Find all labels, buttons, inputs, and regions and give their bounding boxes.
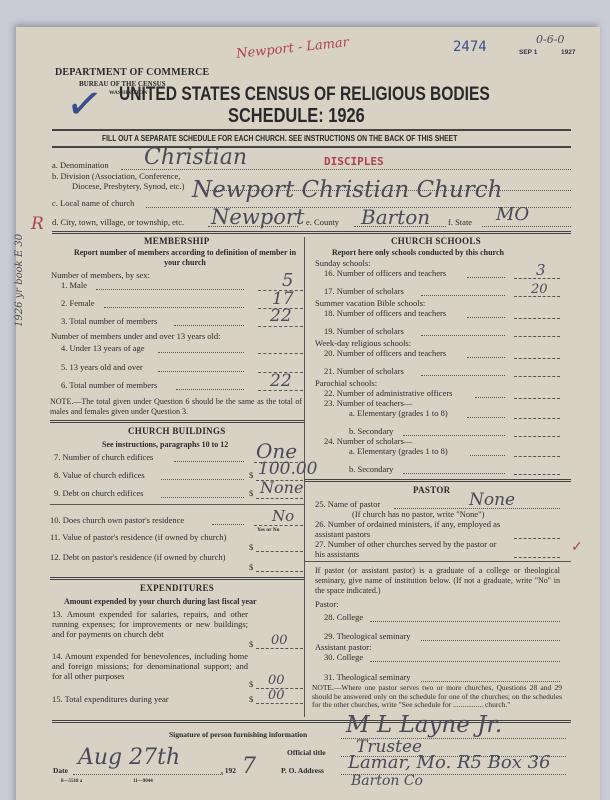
q8-label: 8. Value of church edifices (54, 470, 145, 480)
divider (50, 504, 304, 505)
assistant-subhead: Assistant pastor: (315, 642, 371, 652)
q4-label: 4. Under 13 years of age (61, 343, 145, 353)
city-value[interactable]: Newport (211, 205, 304, 229)
q23a-label: a. Elementary (grades 1 to 8) (349, 408, 448, 418)
q3-answer-line (258, 326, 303, 327)
margin-r-annotation: R (31, 214, 44, 234)
q12-dollar: $ (249, 562, 253, 572)
membership-subtitle: Report number of members according to de… (70, 248, 300, 268)
division-label: b. Division (Association, Conference, (52, 171, 180, 181)
q24a-answer-line (514, 456, 560, 457)
q24a-label: a. Elementary (grades 1 to 8) (349, 446, 448, 456)
q17-label: 17. Number of scholars (324, 286, 404, 296)
red-checkmark-icon: ✓ (571, 539, 583, 556)
signature-value[interactable]: M L Layne Jr. (346, 712, 502, 738)
q6-label: 6. Total number of members (61, 380, 157, 390)
parochial-schools-label: Parochial schools: (315, 378, 377, 388)
q19-label: 19. Number of scholars (324, 326, 404, 336)
pastor-heading: PASTOR (413, 485, 450, 495)
q17-value[interactable]: 20 (531, 282, 548, 297)
q1-label: 1. Male (61, 280, 87, 290)
q1-dots (96, 289, 244, 290)
q8-dots (161, 479, 244, 480)
q14-dollar: $ (249, 679, 253, 689)
q13-dollar: $ (249, 639, 253, 649)
q5-label: 5. 13 years old and over (61, 362, 143, 372)
members-by-sex-label: Number of members, by sex: (51, 270, 150, 280)
sunday-schools-label: Sunday schools: (315, 258, 371, 268)
q31-dots (421, 681, 560, 682)
q19-answer-line (514, 336, 560, 337)
q16-value[interactable]: 3 (536, 261, 546, 279)
expenditures-subtitle: Amount expended by your church during la… (64, 597, 257, 606)
denomination-stamp: DISCIPLES (324, 155, 384, 168)
denomination-label: a. Denomination (52, 160, 109, 170)
q23a-answer-line (514, 418, 560, 419)
divider (52, 231, 571, 234)
q10-label: 10. Does church own pastor's residence (50, 515, 184, 525)
year-value[interactable]: 7 (242, 754, 256, 779)
summer-schools-label: Summer vacation Bible schools: (315, 298, 425, 308)
q16-label: 16. Number of officers and teachers (324, 268, 446, 278)
weekday-schools-label: Week-day religious schools: (315, 338, 411, 348)
pastor-note: NOTE.—Where one pastor serves two or mor… (312, 684, 562, 710)
divider (305, 479, 571, 482)
q20-dots (467, 357, 505, 358)
q4-dots (158, 352, 244, 353)
q31-label: 31. Theological seminary (324, 672, 410, 682)
q5-dots (158, 371, 244, 372)
q14-label: 14. Amount expended for benevolences, in… (52, 651, 248, 681)
members-by-age-label: Number of members under and over 13 year… (51, 331, 220, 341)
q15-label: 15. Total expenditures during year (52, 694, 169, 704)
q22-label: 22. Number of administrative officers (324, 388, 453, 398)
q13-label: 13. Amount expended for salaries, repair… (52, 609, 248, 639)
q26-label: 26. Number of ordained ministers, if any… (315, 519, 505, 539)
q29-dots (421, 640, 560, 641)
official-title-label: Official title (287, 748, 326, 757)
q26-answer-line (514, 538, 560, 539)
q9-answer-line (256, 498, 303, 499)
q16-dots (467, 277, 505, 278)
q20-answer-line (514, 358, 560, 359)
annotation-code: 0-6-0 (536, 33, 564, 46)
denomination-value[interactable]: Christian (144, 145, 247, 170)
q7-dots (174, 461, 244, 462)
q21-dots (421, 375, 505, 376)
date-label: Date (53, 766, 68, 775)
q17-dots (421, 295, 505, 296)
margin-vertical-note: 1926 yr book E 30 (14, 234, 25, 327)
q12-label: 12. Debt on pastor's residence (if owned… (50, 552, 250, 562)
q25-value[interactable]: None (469, 490, 515, 510)
q29-label: 29. Theological seminary (324, 631, 410, 641)
q11-answer-line (256, 551, 303, 552)
q18-dots (467, 317, 505, 318)
q23-label: 23. Number of teachers— (324, 398, 412, 408)
q1-value[interactable]: 5 (282, 270, 293, 291)
q24a-dots (470, 455, 505, 456)
annotation-top-red: Newport - Lamar (236, 35, 350, 62)
q15-value[interactable]: 00 (268, 688, 285, 703)
q25-label: 25. Name of pastor (315, 499, 380, 509)
q11-dollar: $ (249, 542, 253, 552)
q18-answer-line (514, 318, 560, 319)
q3-label: 3. Total number of members (61, 316, 157, 326)
division-label-2: Diocese, Presbytery, Synod, etc.) (72, 181, 185, 191)
date-value[interactable]: Aug 27th (78, 745, 180, 770)
q8-dollar: $ (249, 470, 253, 480)
q23b-answer-line (514, 436, 560, 437)
q13-answer-line (256, 648, 303, 649)
q11-label: 11. Value of pastor's residence (if owne… (50, 532, 250, 542)
q3-value[interactable]: 22 (270, 306, 292, 326)
graduate-note: If pastor (or assistant pastor) is a gra… (315, 566, 560, 596)
state-value[interactable]: MO (496, 204, 529, 225)
city-label-field: d. City, town, village, or township, etc… (52, 217, 184, 227)
q6-dots (176, 389, 244, 390)
q15-answer-line (256, 703, 303, 704)
membership-note: NOTE.—The total given under Question 6 s… (50, 397, 302, 417)
state-label: f. State (448, 217, 472, 227)
q18-label: 18. Number of officers and teachers (324, 308, 446, 318)
q9-label: 9. Debt on church edifices (54, 488, 143, 498)
county-label: e. County (306, 217, 339, 227)
date-stamp-year: 1927 (561, 49, 575, 56)
divider (52, 129, 571, 131)
form-number: 8—5518 a (61, 779, 82, 784)
divider (52, 146, 571, 148)
divider (305, 561, 571, 562)
q25-note: (If church has no pastor, write "None") (352, 509, 484, 519)
form-title: UNITED STATES CENSUS OF RELIGIOUS BODIES (119, 84, 490, 106)
divider (50, 420, 304, 423)
census-form-sheet: Newport - Lamar 2474 0-6-0 SEP 1 1927 ✓ … (16, 27, 600, 800)
q3-dots (174, 325, 244, 326)
schools-subtitle: Report here only schools conducted by th… (332, 248, 504, 257)
divider (50, 577, 304, 580)
po-address-value-2[interactable]: Barton Co (351, 773, 423, 789)
q22-dots (475, 397, 505, 398)
po-address-label: P. O. Address (281, 766, 324, 775)
buildings-heading: CHURCH BUILDINGS (128, 426, 226, 436)
q9-value[interactable]: None (260, 478, 303, 497)
q23b-dots (403, 435, 505, 436)
date-line (73, 774, 223, 775)
q14-value[interactable]: 00 (268, 673, 285, 688)
year-prefix: , 192 (221, 766, 236, 775)
instruction-banner: FILL OUT A SEPARATE SCHEDULE FOR EACH CH… (102, 134, 457, 143)
q13-value[interactable]: 00 (271, 633, 288, 648)
q28-label: 28. College (324, 612, 363, 622)
q10-answer-line (254, 525, 303, 526)
q10-value[interactable]: No (272, 507, 294, 525)
q8-value[interactable]: 100.00 (258, 459, 317, 479)
q9-dots (161, 497, 244, 498)
date-stamp: SEP 1 (519, 49, 537, 56)
q23a-dots (467, 417, 505, 418)
q4-answer-line (258, 353, 303, 354)
q22-answer-line (514, 398, 560, 399)
q2-dots (104, 307, 244, 308)
q24-label: 24. Number of scholars— (324, 436, 412, 446)
church-name-label: c. Local name of church (52, 198, 134, 208)
q2-label: 2. Female (61, 298, 95, 308)
county-value[interactable]: Barton (361, 205, 430, 229)
schools-heading: CHURCH SCHOOLS (391, 236, 481, 246)
q7-label: 7. Number of church edifices (54, 452, 153, 462)
q23b-label: b. Secondary (349, 426, 393, 436)
expenditures-heading: EXPENDITURES (140, 583, 214, 593)
department-label: DEPARTMENT OF COMMERCE (55, 67, 209, 78)
church-name-value[interactable]: Newport Christian Church (192, 177, 502, 203)
q12-answer-line (256, 571, 303, 572)
schedule-title: SCHEDULE: 1926 (228, 105, 365, 128)
state-line (482, 226, 571, 227)
po-address-value[interactable]: Lamar, Mo. R5 Box 36 (348, 752, 551, 773)
q20-label: 20. Number of officers and teachers (324, 348, 446, 358)
buildings-subtitle: See instructions, paragraphs 10 to 12 (102, 440, 228, 449)
q21-label: 21. Number of scholars (324, 366, 404, 376)
q6-value[interactable]: 22 (270, 371, 292, 391)
q24b-answer-line (514, 474, 560, 475)
print-number: 11—9044 (133, 779, 153, 784)
membership-heading: MEMBERSHIP (144, 236, 210, 246)
q15-dollar: $ (249, 694, 253, 704)
q24b-dots (403, 473, 505, 474)
q24b-label: b. Secondary (349, 464, 393, 474)
q28-dots (370, 621, 560, 622)
q19-dots (421, 335, 505, 336)
q30-dots (370, 661, 560, 662)
signature-label: Signature of person furnishing informati… (169, 730, 307, 739)
q27-label: 27. Number of other churches served by t… (315, 539, 505, 559)
pastor-subhead: Pastor: (315, 599, 339, 609)
q30-label: 30. College (324, 652, 363, 662)
q21-answer-line (514, 376, 560, 377)
q27-answer-line (514, 557, 560, 558)
q9-dollar: $ (249, 488, 253, 498)
yes-no-hint: Yes or No (257, 527, 280, 533)
q10-dots (212, 524, 244, 525)
stamp-number: 2474 (453, 39, 487, 55)
